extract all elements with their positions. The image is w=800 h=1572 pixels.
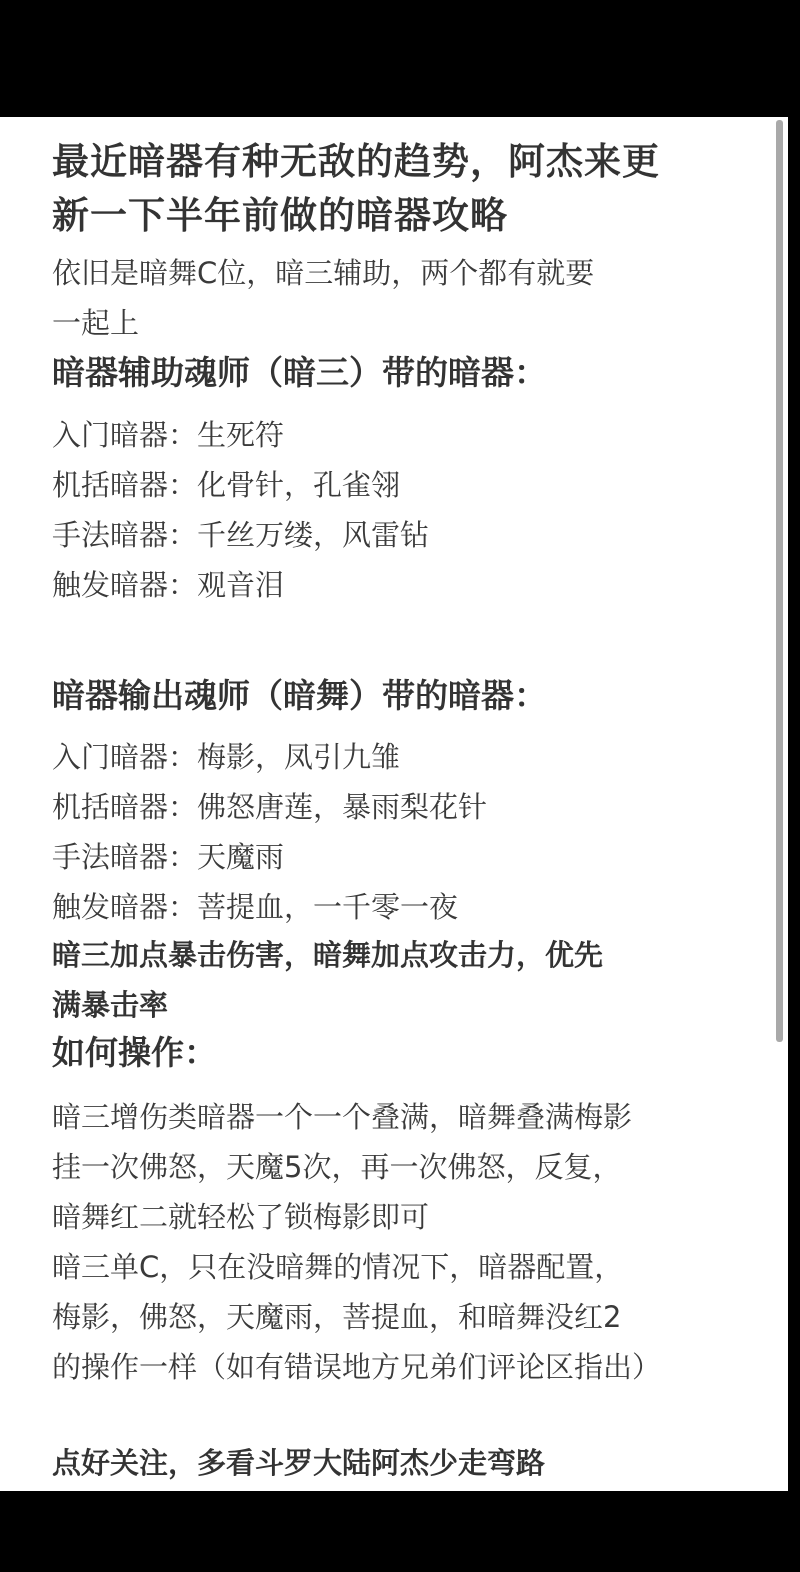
scrollbar-thumb[interactable]: [776, 120, 783, 1042]
dps-item-value: 菩提血，一千零一夜: [197, 890, 458, 924]
support-item-label: 手法暗器：: [52, 518, 197, 552]
top-black-bar: [0, 0, 800, 117]
support-item-value: 生死符: [197, 418, 284, 452]
stat-note-line-1: 暗三加点暴击伤害，暗舞加点攻击力，优先: [52, 933, 603, 974]
operation-line: 梅影，佛怒，天魔雨，菩提血，和暗舞没红2: [52, 1295, 621, 1336]
dps-item-value: 梅影，凤引九雏: [197, 740, 400, 774]
stat-note-line-2: 满暴击率: [52, 983, 168, 1024]
operation-line: 挂一次佛怒，天魔5次，再一次佛怒，反复，: [52, 1145, 621, 1186]
support-item: 触发暗器：观音泪: [52, 563, 284, 604]
operation-section-heading: 如何操作：: [52, 1027, 217, 1074]
dps-section-heading: 暗器输出魂师（暗舞）带的暗器：: [52, 670, 547, 717]
dps-item: 手法暗器：天魔雨: [52, 835, 284, 876]
bottom-black-bar: [0, 1491, 800, 1572]
closing-line: 点好关注，多看斗罗大陆阿杰少走弯路: [52, 1441, 545, 1482]
intro-line-1: 依旧是暗舞C位，暗三辅助，两个都有就要: [52, 251, 594, 292]
support-item-label: 机括暗器：: [52, 468, 197, 502]
operation-line: 暗三增伤类暗器一个一个叠满，暗舞叠满梅影: [52, 1095, 632, 1136]
support-item-value: 千丝万缕，风雷钻: [197, 518, 429, 552]
operation-line: 的操作一样（如有错误地方兄弟们评论区指出）: [52, 1345, 661, 1386]
dps-item-value: 天魔雨: [197, 840, 284, 874]
support-item-value: 观音泪: [197, 568, 284, 602]
operation-line: 暗舞红二就轻松了锁梅影即可: [52, 1195, 429, 1236]
support-item: 入门暗器：生死符: [52, 413, 284, 454]
dps-item-label: 入门暗器：: [52, 740, 197, 774]
operation-line: 暗三单C，只在没暗舞的情况下，暗器配置，: [52, 1245, 623, 1286]
support-section-heading: 暗器辅助魂师（暗三）带的暗器：: [52, 347, 547, 394]
dps-item: 机括暗器：佛怒唐莲，暴雨梨花针: [52, 785, 487, 826]
dps-item-value: 佛怒唐莲，暴雨梨花针: [197, 790, 487, 824]
dps-item-label: 手法暗器：: [52, 840, 197, 874]
dps-item: 触发暗器：菩提血，一千零一夜: [52, 885, 458, 926]
dps-item-label: 机括暗器：: [52, 790, 197, 824]
dps-item: 入门暗器：梅影，凤引九雏: [52, 735, 400, 776]
article-title-line-1: 最近暗器有种无敌的趋势，阿杰来更: [52, 131, 660, 185]
support-item-label: 入门暗器：: [52, 418, 197, 452]
support-item: 手法暗器：千丝万缕，风雷钻: [52, 513, 429, 554]
support-item-value: 化骨针，孔雀翎: [197, 468, 400, 502]
dps-item-label: 触发暗器：: [52, 890, 197, 924]
support-item: 机括暗器：化骨针，孔雀翎: [52, 463, 400, 504]
intro-line-2: 一起上: [52, 301, 139, 342]
article-panel: 最近暗器有种无敌的趋势，阿杰来更 新一下半年前做的暗器攻略 依旧是暗舞C位，暗三…: [0, 117, 788, 1491]
support-item-label: 触发暗器：: [52, 568, 197, 602]
article-title-line-2: 新一下半年前做的暗器攻略: [52, 185, 508, 239]
